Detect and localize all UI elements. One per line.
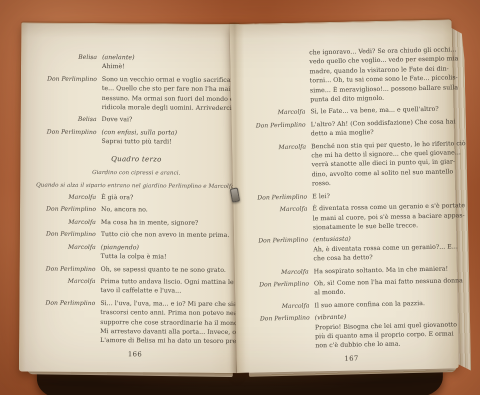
scene-heading: Quadro terzo [36, 154, 236, 165]
open-book: Belisa(anelante)Ahimè!Don PerlimplinoSon… [9, 19, 467, 393]
dialogue-line: Tutta la colpa è mia! [101, 252, 238, 262]
speaker-name: Marcolfa [249, 267, 314, 278]
speaker-name: Marcolfa [35, 277, 100, 296]
dialogue-text: (piangendo)Tutta la colpa è mia! [101, 243, 238, 263]
dialogue-entry: Don PerlimplinoSì... l'uva, l'uva, ma...… [35, 298, 235, 346]
dialogue-entry: MarcolfaÈ già ora? [36, 193, 236, 204]
dialogue-entry: Don Perlimplino(con enfasi, sulla porta)… [36, 127, 236, 147]
photo-background: Belisa(anelante)Ahimè!Don PerlimplinoSon… [0, 0, 480, 395]
dialogue-text: È diventata rossa come un geranio e s'è … [312, 202, 450, 233]
speaker-name: Marcolfa [246, 142, 312, 190]
dialogue-line: trascorsi cento anni. Prima non potevo n… [100, 308, 237, 318]
dialogue-line: sionatamente le sue belle trecce. [313, 220, 450, 232]
speaker-name: Marcolfa [247, 204, 313, 234]
stage-direction: Quando si alza il sipario entrano nel gi… [36, 181, 236, 191]
dialogue-text: Oh, sì! Come non l'ha mai fatto nessuna … [314, 276, 451, 298]
speaker-name: Marcolfa [36, 193, 101, 203]
dialogue-text: (entusiasta)Ah, è diventata rossa come u… [313, 233, 451, 264]
dialogue-entry: MarcolfaHa sospirato soltanto. Ma in che… [249, 264, 451, 278]
dialogue-entry: MarcolfaPrima tutto andava liscio. Ogni … [35, 277, 235, 297]
dialogue-entry: Don Perlimplino(vibrante)Proprio! Bisogn… [250, 311, 453, 353]
speaker-name: Don Perlimplino [246, 120, 311, 140]
dialogue-text: E lei? [312, 189, 449, 201]
dialogue-entry: Don PerlimplinoE lei? [247, 189, 449, 203]
dialogue-text: Il suo amore confina con la pazzia. [314, 298, 451, 310]
dialogue-entry: MarcolfaBenché non stia qui per questo, … [246, 139, 449, 190]
dialogue-entry: Marcolfa(piangendo)Tutta la colpa è mia! [36, 242, 236, 262]
dialogue-line: te... Quello che sto per fare non l'ha m… [102, 84, 239, 94]
dialogue-text: Sì, le Fate... va bene, ma... e quell'al… [310, 105, 447, 117]
dialogue-entry: Don Perlimplino(entusiasta)Ah, è diventa… [248, 233, 451, 265]
dialogue-line: Sì, le Fate... va bene, ma... e quell'al… [310, 105, 447, 117]
dialogue-entry: Don PerlimplinoSono un vecchio ormai e v… [37, 74, 237, 113]
left-page-text: Belisa(anelante)Ahimè!Don PerlimplinoSon… [35, 50, 237, 361]
dialogue-text: Sì... l'uva, l'uva, ma... e io? Mi pare … [100, 299, 237, 347]
dialogue-line: L'amore di Belisa mi ha dato un tesoro p… [100, 336, 237, 346]
dialogue-text: (vibrante)Proprio! Bisogna che lei ami q… [315, 311, 453, 351]
dialogue-text: No, ancora no. [101, 206, 238, 216]
dialogue-text: Tutto ciò che non avevo in mente prima. [101, 230, 238, 240]
right-page: che ignoravo... Vedi? Se ora chiudo gli … [230, 19, 459, 373]
dialogue-entry: MarcolfaIl suo amore confina con la pazz… [249, 298, 451, 312]
dialogue-text: Oh, se sapessi quanto te ne sono grato. [101, 265, 238, 275]
dialogue-entry: Don PerlimplinoTutto ciò che non avevo i… [36, 230, 236, 241]
dialogue-line: punta del dito mignolo. [310, 93, 447, 105]
dialogue-entry: Belisa(anelante)Ahimè! [37, 53, 237, 73]
dialogue-line: al mondo. [314, 286, 451, 298]
dialogue-line: Oh, se sapessi quanto te ne sono grato. [101, 265, 238, 275]
dialogue-text: È già ora? [101, 193, 238, 203]
dialogue-text: che ignoravo... Vedi? Se ora chiudo gli … [309, 46, 447, 105]
dialogue-entry: BelisaDove vai? [37, 115, 237, 126]
speaker-name: Marcolfa [36, 217, 101, 227]
dialogue-text: (con enfasi, sulla porta)Saprai tutto pi… [101, 128, 238, 148]
speaker-name: Don Perlimplino [247, 192, 312, 203]
page-number: 166 [35, 349, 235, 360]
dialogue-entry: MarcolfaMa cosa ha in mente, signore? [36, 217, 236, 228]
speaker-name: Don Perlimplino [36, 230, 101, 240]
right-page-text: che ignoravo... Vedi? Se ora chiudo gli … [244, 43, 453, 366]
dialogue-text: (anelante)Ahimè! [102, 53, 239, 73]
speaker-name: Don Perlimplino [248, 236, 314, 266]
dialogue-text: Ma cosa ha in mente, signore? [101, 218, 238, 228]
dialogue-line: E lei? [312, 189, 449, 201]
speaker-name: Belisa [37, 115, 102, 125]
dialogue-line: Il suo amore confina con la pazzia. [314, 298, 451, 310]
dialogue-line: Dove vai? [102, 115, 239, 125]
dialogue-text: Dove vai? [102, 115, 239, 125]
dialogue-entry: Don PerlimplinoOh, sì! Come non l'ha mai… [249, 276, 451, 299]
dialogue-line: Tutto ciò che non avevo in mente prima. [101, 230, 238, 240]
dialogue-entry: MarcolfaSì, le Fate... va bene, ma... e … [245, 105, 447, 119]
dialogue-line: non c'è dubbio che lo ama. [315, 339, 452, 351]
dialogue-text: Benché non stia qui per questo, le ho ri… [311, 139, 449, 189]
speaker-name: Marcolfa [249, 301, 314, 312]
speaker-name: Marcolfa [245, 108, 310, 119]
left-page: Belisa(anelante)Ahimè!Don PerlimplinoSon… [19, 22, 239, 373]
dialogue-line: detto a mia moglie? [311, 127, 448, 139]
dialogue-line: Ma cosa ha in mente, signore? [101, 218, 238, 228]
dialogue-entry: che ignoravo... Vedi? Se ora chiudo gli … [244, 46, 447, 107]
dialogue-entry: Don PerlimplinoOh, se sapessi quanto te … [36, 264, 236, 275]
dialogue-entry: Don PerlimplinoL'altro? Ah! (Con soddisf… [246, 117, 448, 140]
speaker-name [244, 48, 310, 106]
dialogue-line: No, ancora no. [101, 206, 238, 216]
dialogue-line: È già ora? [101, 193, 238, 203]
dialogue-text: Prima tutto andava liscio. Ogni mattina … [100, 277, 237, 297]
speaker-name: Belisa [37, 53, 102, 72]
dialogue-text: Ha sospirato soltanto. Ma in che maniera… [314, 264, 451, 276]
speaker-name: Don Perlimplino [250, 314, 316, 353]
dialogue-line: Saprai tutto più tardi! [101, 137, 238, 147]
speaker-name: Marcolfa [36, 242, 101, 261]
speaker-name: Don Perlimplino [36, 205, 101, 215]
dialogue-line: Ha sospirato soltanto. Ma in che maniera… [314, 264, 451, 276]
dialogue-entry: Don PerlimplinoNo, ancora no. [36, 205, 236, 216]
speaker-name: Don Perlimplino [249, 279, 314, 299]
stage-direction: Giardino con cipressi e aranci. [36, 168, 236, 178]
speaker-name: Don Perlimplino [37, 74, 102, 112]
dialogue-line: tavo il caffelatte e l'uva... [100, 286, 237, 296]
dialogue-line: Ahimè! [102, 62, 239, 72]
dialogue-text: L'altro? Ah! (Con soddisfazione) Che cos… [311, 117, 448, 139]
dialogue-entry: MarcolfaÈ diventata rossa come un gerani… [247, 202, 450, 234]
dialogue-line: che cosa ha detto? [313, 252, 450, 264]
dialogue-line: ridicola morale degli uomini. Arrivederc… [102, 103, 239, 113]
page-number: 167 [251, 352, 453, 366]
dialogue-text: Sono un vecchio ormai e voglio sacrifica… [102, 75, 239, 114]
speaker-name: Don Perlimplino [36, 127, 101, 146]
speaker-name: Don Perlimplino [35, 298, 100, 345]
speaker-name: Don Perlimplino [36, 264, 101, 274]
